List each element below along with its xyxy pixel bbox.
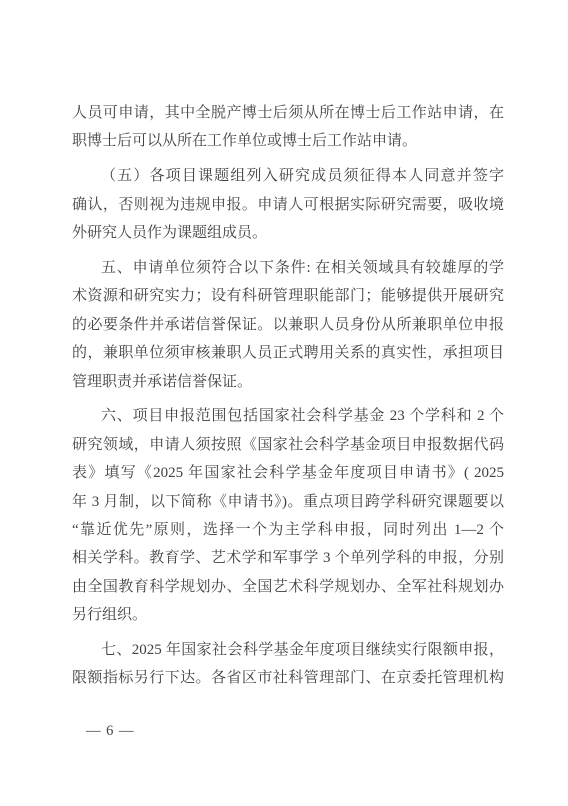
text-line: 管理职责并承诺信誉保证。 xyxy=(72,368,504,396)
text-line: 确认，否则视为违规申报。申请人可根据实际研究需要，吸收境 xyxy=(72,191,504,219)
text-line: 外研究人员作为课题组成员。 xyxy=(72,219,504,247)
paragraph: （五）各项目课题组列入研究成员须征得本人同意并签字确认，否则视为违规申报。申请人… xyxy=(72,162,504,247)
text-line: 研究领域，申请人须按照《国家社会科学基金项目申报数据代码 xyxy=(72,431,504,459)
text-line: 表》填写《2025 年国家社会科学基金年度项目申请书》( 2025 xyxy=(72,459,504,487)
text-line: 限额指标另行下达。各省区市社科管理部门、在京委托管理机构 xyxy=(72,664,504,692)
text-line: 七、2025 年国家社会科学基金年度项目继续实行限额申报， xyxy=(72,636,504,664)
paragraph: 人员可申请，其中全脱产博士后须从所在博士后工作站申请，在职博士后可以从所在工作单… xyxy=(72,99,504,156)
page-number: — 6 — xyxy=(86,717,135,745)
text-line: 的必要条件并承诺信誉保证。以兼职人员身份从所兼职单位申报 xyxy=(72,311,504,339)
paragraph: 六、项目申报范围包括国家社会科学基金 23 个学科和 2 个研究领域，申请人须按… xyxy=(72,402,504,629)
text-line: 人员可申请，其中全脱产博士后须从所在博士后工作站申请，在 xyxy=(72,99,504,127)
text-line: 相关学科。教育学、艺术学和军事学 3 个单列学科的申报，分别 xyxy=(72,544,504,572)
text-line: 六、项目申报范围包括国家社会科学基金 23 个学科和 2 个 xyxy=(72,402,504,430)
paragraph: 七、2025 年国家社会科学基金年度项目继续实行限额申报，限额指标另行下达。各省… xyxy=(72,636,504,693)
text-line: 术资源和研究实力；设有科研管理职能部门；能够提供开展研究 xyxy=(72,282,504,310)
text-line: 职博士后可以从所在工作单位或博士后工作站申请。 xyxy=(72,127,504,155)
document-body: 人员可申请，其中全脱产博士后须从所在博士后工作站申请，在职博士后可以从所在工作单… xyxy=(72,99,504,693)
text-line: 另行组织。 xyxy=(72,601,504,629)
text-line: （五）各项目课题组列入研究成员须征得本人同意并签字 xyxy=(72,162,504,190)
text-line: “靠近优先”原则，选择一个为主学科申报，同时列出 1—2 个 xyxy=(72,516,504,544)
text-line: 年 3 月制，以下简称《申请书》)。重点项目跨学科研究课题要以 xyxy=(72,488,504,516)
paragraph: 五、申请单位须符合以下条件: 在相关领域具有较雄厚的学术资源和研究实力；设有科研… xyxy=(72,254,504,396)
text-line: 由全国教育科学规划办、全国艺术科学规划办、全军社科规划办 xyxy=(72,573,504,601)
text-line: 的，兼职单位须审核兼职人员正式聘用关系的真实性，承担项目 xyxy=(72,339,504,367)
document-page: 人员可申请，其中全脱产博士后须从所在博士后工作站申请，在职博士后可以从所在工作单… xyxy=(0,0,568,806)
text-line: 五、申请单位须符合以下条件: 在相关领域具有较雄厚的学 xyxy=(72,254,504,282)
